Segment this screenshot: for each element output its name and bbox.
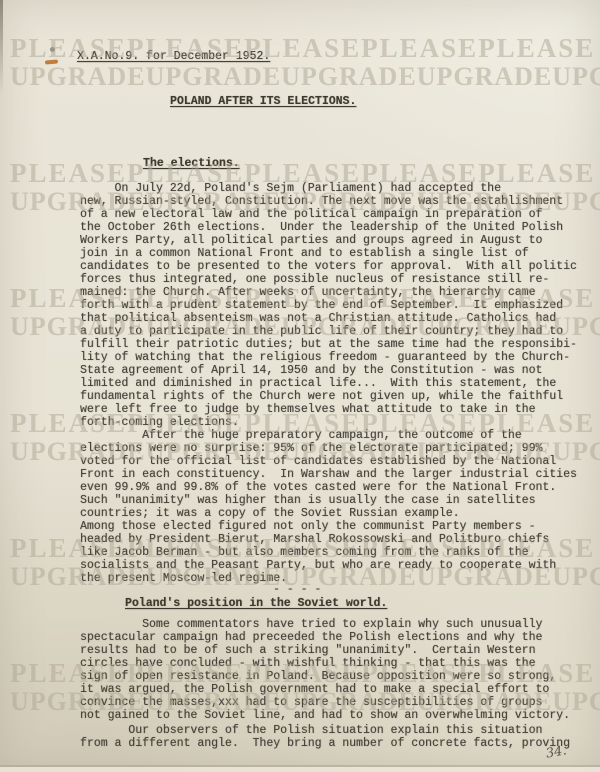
scan-edge-bottom-highlight <box>0 767 600 772</box>
paragraph-elections-2: After the huge preparatory campaign, the… <box>80 429 577 585</box>
paragraph-soviet-world-1: Some commentators have tried to explain … <box>80 618 570 722</box>
document-reference: X.A.No.9. for December 1952. <box>77 50 270 63</box>
paragraph-soviet-world-2: Our observers of the Polish situation ex… <box>80 724 570 750</box>
ink-dot-stain <box>50 47 55 52</box>
orange-mark-stain <box>45 59 58 64</box>
scan-edge-left <box>0 0 3 95</box>
scanned-document-page: X.A.No.9. for December 1952. POLAND AFTE… <box>0 0 600 772</box>
section-heading-soviet-world: Poland's position in the Soviet world. <box>125 597 387 610</box>
section-separator: - - - - <box>273 583 321 596</box>
handwritten-page-number: 34. <box>545 743 568 761</box>
watermark-row: UPGRADEUPGRADEUPGRADEUPGRADEUPGRADE <box>0 62 600 92</box>
section-heading-elections: The elections. <box>143 157 240 170</box>
document-title: POLAND AFTER ITS ELECTIONS. <box>170 95 356 108</box>
paragraph-elections-1: On July 22d, Poland's Sejm (Parliament) … <box>80 182 577 429</box>
